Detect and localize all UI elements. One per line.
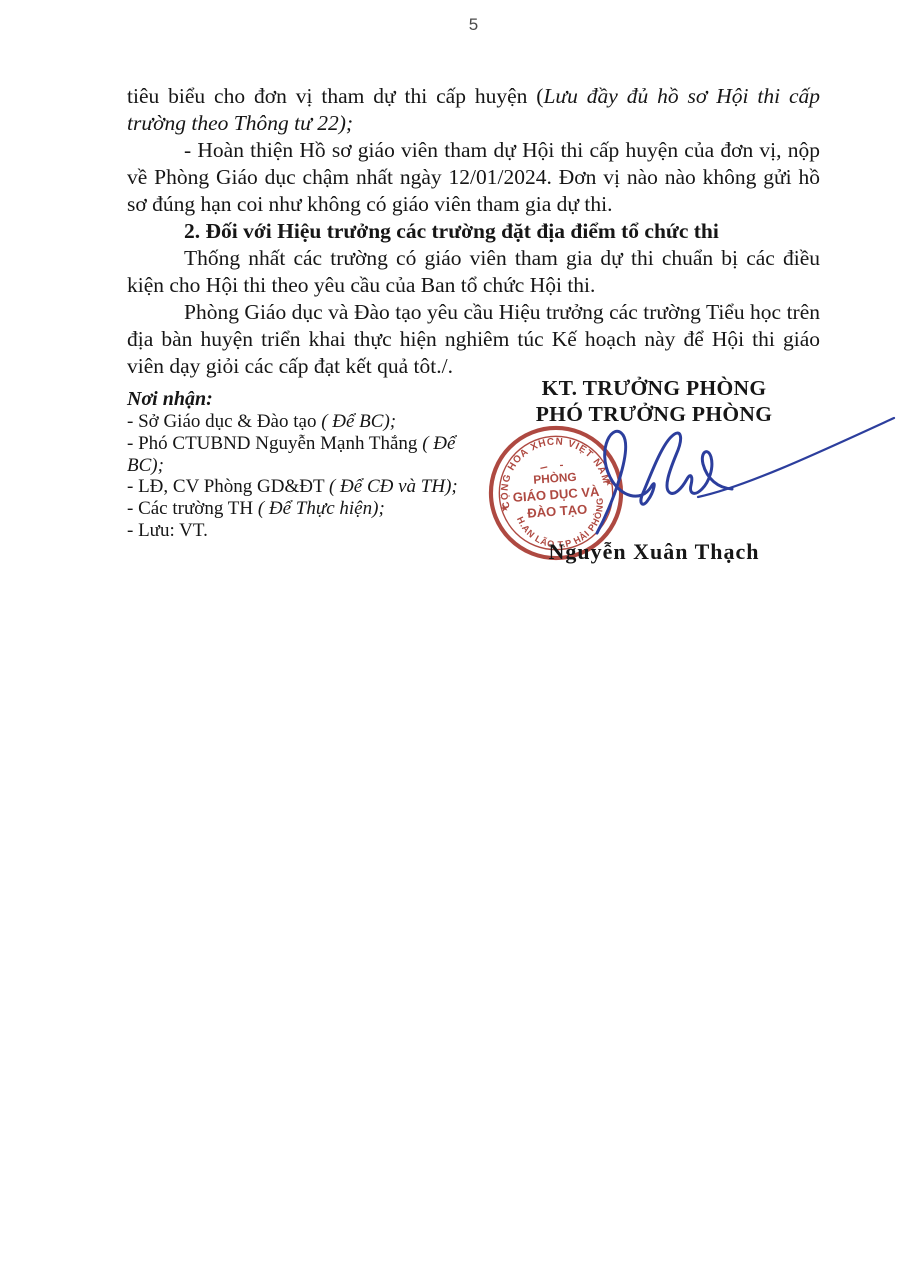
section-heading-2: 2. Đối với Hiệu trưởng các trường đặt đị… (127, 218, 820, 245)
acting-title: KT. TRƯỞNG PHÒNG (493, 376, 815, 402)
paragraph-2: - Hoàn thiện Hồ sơ giáo viên tham dự Hội… (127, 137, 820, 218)
recipient-text: - Phó CTUBND Nguyễn Mạnh Thắng (127, 433, 422, 454)
recipient-note: ( Để BC); (321, 411, 396, 432)
page-number: 5 (127, 15, 820, 35)
recipient-text: - Lưu: VT. (127, 520, 208, 541)
recipient-text: - Các trường TH (127, 498, 258, 519)
recipient-item: - LĐ, CV Phòng GD&ĐT ( Để CĐ và TH); (127, 476, 487, 498)
signer-name: Nguyễn Xuân Thạch (493, 539, 815, 565)
recipient-item: - Lưu: VT. (127, 520, 487, 542)
document-page: 5 tiêu biểu cho đơn vị tham dự thi cấp h… (0, 0, 900, 1274)
recipient-note: ( Để Thực hiện); (258, 498, 385, 519)
paragraph-1-normal: tiêu biểu cho đơn vị tham dự thi cấp huy… (127, 84, 543, 108)
paragraph-4: Phòng Giáo dục và Đào tạo yêu cầu Hiệu t… (127, 299, 820, 380)
recipient-item: - Sở Giáo dục & Đào tạo ( Để BC); (127, 411, 487, 433)
recipient-item: - Phó CTUBND Nguyễn Mạnh Thắng ( Để BC); (127, 433, 487, 477)
paragraph-1: tiêu biểu cho đơn vị tham dự thi cấp huy… (127, 83, 820, 137)
recipients-label: Nơi nhận: (127, 387, 487, 411)
recipient-note: ( Để CĐ và TH); (329, 476, 458, 497)
recipients-block: Nơi nhận: - Sở Giáo dục & Đào tạo ( Để B… (127, 387, 487, 542)
document-body: tiêu biểu cho đơn vị tham dự thi cấp huy… (127, 83, 820, 380)
handwritten-signature (555, 408, 900, 548)
paragraph-3: Thống nhất các trường có giáo viên tham … (127, 245, 820, 299)
recipient-text: - Sở Giáo dục & Đào tạo (127, 411, 321, 432)
recipient-item: - Các trường TH ( Để Thực hiện); (127, 498, 487, 520)
recipient-text: - LĐ, CV Phòng GD&ĐT (127, 476, 329, 497)
